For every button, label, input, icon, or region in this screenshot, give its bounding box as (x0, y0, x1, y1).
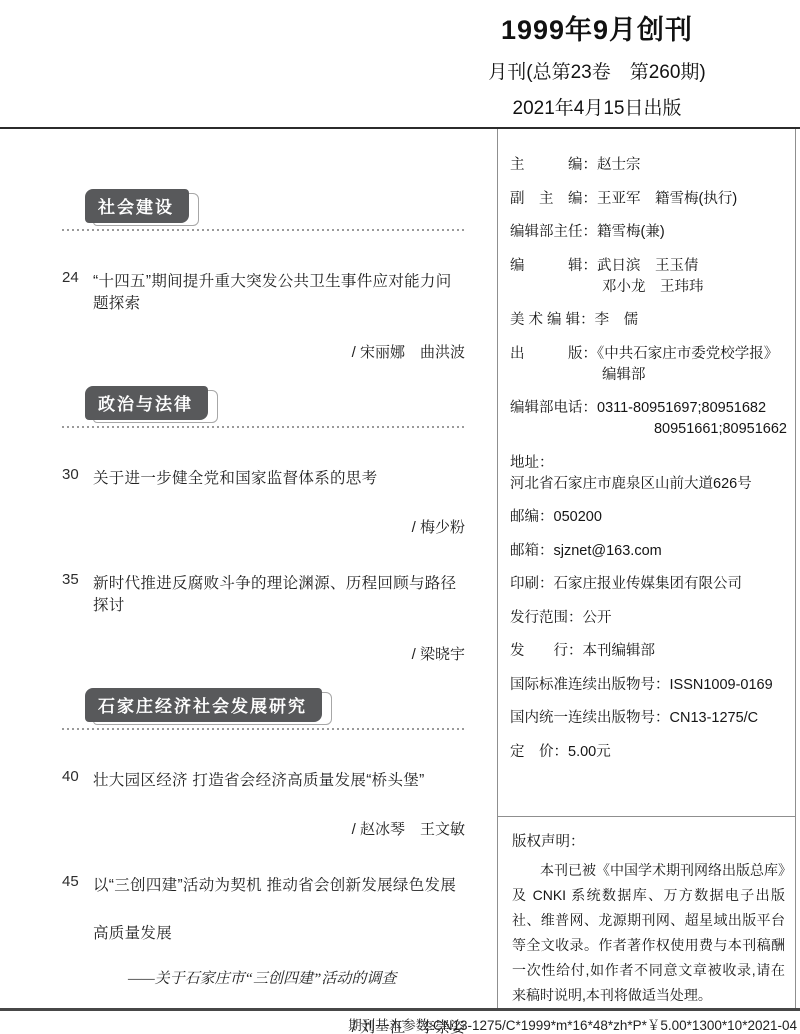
masthead-value: CN13-1275/C (670, 710, 759, 726)
masthead-row-postcode: 邮编：050200 (510, 507, 789, 528)
masthead-label: 编辑部主任： (510, 224, 597, 240)
masthead-row-editors: 编 辑：武日滨 王玉倩 邓小龙 王玮玮 (510, 256, 789, 298)
issue-info: 月刊(总第23卷 第260期) (422, 57, 772, 84)
masthead-row-phone: 编辑部电话：0311-80951697;80951682 80951661;80… (510, 398, 789, 440)
masthead-row-price: 定 价：5.00元 (510, 742, 789, 763)
bottom-divider (0, 1008, 800, 1011)
section-title-badge: 社会建设 (85, 189, 189, 223)
dotted-divider (62, 728, 465, 730)
masthead-column: 主 编：赵士宗 副 主 编：王亚军 籍雪梅(执行) 编辑部主任：籍雪梅(兼) 编… (497, 129, 796, 1008)
masthead-label: 印刷： (510, 576, 554, 592)
copyright-title: 版权声明： (512, 830, 785, 851)
article-authors: / 宋丽娜 曲洪波 (62, 341, 465, 362)
masthead-value-line2: 80951661;80951662 (510, 419, 789, 440)
masthead-value: sjznet@163.com (554, 543, 662, 559)
masthead-value: 050200 (554, 509, 602, 525)
article-title-continued: 高质量发展 (93, 921, 465, 943)
toc-section-shehuijianshe: 社会建设 24 “十四五”期间提升重大突发公共卫生事件应对能力问题探索 / 宋丽… (62, 189, 465, 362)
section-header: 社会建设 (85, 189, 189, 223)
masthead-value: 石家庄报业传媒集团有限公司 (554, 576, 743, 592)
masthead-label: 地址： (510, 455, 554, 471)
article-title: 壮大园区经济 打造省会经济高质量发展“桥头堡” (93, 768, 425, 790)
masthead-info: 主 编：赵士宗 副 主 编：王亚军 籍雪梅(执行) 编辑部主任：籍雪梅(兼) 编… (498, 129, 795, 816)
dotted-divider (62, 426, 465, 428)
masthead-label: 主 编： (510, 157, 597, 173)
article-subtitle: ——关于石家庄市“三创四建”活动的调查 (128, 967, 465, 988)
masthead-label: 邮编： (510, 509, 554, 525)
masthead-row-distribution-scope: 发行范围：公开 (510, 608, 789, 629)
section-header: 政治与法律 (85, 386, 208, 420)
masthead-label: 发 行： (510, 643, 583, 659)
masthead-value: 武日滨 王玉倩 (597, 258, 699, 274)
toc-column: 社会建设 24 “十四五”期间提升重大突发公共卫生事件应对能力问题探索 / 宋丽… (0, 129, 497, 1008)
masthead-value: 李 儒 (595, 312, 639, 328)
article-authors: / 梁晓宇 (62, 643, 465, 664)
masthead-value: 5.00元 (568, 744, 611, 760)
page-number: 30 (62, 466, 93, 488)
masthead-row-printer: 印刷：石家庄报业传媒集团有限公司 (510, 574, 789, 595)
section-title-badge: 石家庄经济社会发展研究 (85, 688, 322, 722)
masthead-value: 0311-80951697;80951682 (597, 400, 766, 416)
masthead-value-line2: 编辑部 (602, 365, 789, 386)
toc-entry: 45 以“三创四建”活动为契机 推动省会创新发展绿色发展 (62, 873, 465, 895)
masthead-value: 河北省石家庄市鹿泉区山前大道626号 (510, 476, 752, 492)
masthead-label: 发行范围： (510, 610, 583, 626)
masthead-row-distributor: 发 行：本刊编辑部 (510, 641, 789, 662)
masthead-value: 籍雪梅(兼) (597, 224, 665, 240)
article-title: 新时代推进反腐败斗争的理论渊源、历程回顾与路径探讨 (93, 571, 465, 615)
toc-entry: 35 新时代推进反腐败斗争的理论渊源、历程回顾与路径探讨 (62, 571, 465, 615)
masthead-label: 编 辑： (510, 258, 597, 274)
article-authors: / 梅少粉 (62, 516, 465, 537)
masthead-value: 赵士宗 (597, 157, 641, 173)
toc-section-zhengzhiyufalv: 政治与法律 30 关于进一步健全党和国家监督体系的思考 / 梅少粉 35 新时代… (62, 386, 465, 664)
journal-header: 1999年9月创刊 月刊(总第23卷 第260期) 2021年4月15日出版 (422, 0, 772, 118)
article-authors: / 赵冰琴 王文敏 (62, 818, 465, 839)
masthead-row-editorial-director: 编辑部主任：籍雪梅(兼) (510, 222, 789, 243)
section-title-badge: 政治与法律 (85, 386, 208, 420)
copyright-notice: 版权声明： 本刊已被《中国学术期刊网络出版总库》及 CNKI 系统数据库、万方数… (498, 816, 795, 1008)
masthead-row-issn: 国际标准连续出版物号：ISSN1009-0169 (510, 675, 789, 696)
copyright-body: 本刊已被《中国学术期刊网络出版总库》及 CNKI 系统数据库、万方数据电子出版社… (512, 858, 785, 1008)
page-number: 40 (62, 768, 93, 790)
masthead-label: 编辑部电话： (510, 400, 597, 416)
article-title: 关于进一步健全党和国家监督体系的思考 (93, 466, 377, 488)
masthead-value: 公开 (583, 610, 612, 626)
page-number: 45 (62, 873, 93, 895)
content-area: 社会建设 24 “十四五”期间提升重大突发公共卫生事件应对能力问题探索 / 宋丽… (0, 129, 800, 1008)
article-title: “十四五”期间提升重大突发公共卫生事件应对能力问题探索 (93, 269, 465, 313)
masthead-row-address: 地址：河北省石家庄市鹿泉区山前大道626号 (510, 453, 789, 495)
masthead-value: 王亚军 籍雪梅(执行) (597, 191, 737, 207)
toc-entry: 30 关于进一步健全党和国家监督体系的思考 (62, 466, 465, 488)
journal-basic-params: 期刊基本参数:CN13-1275/C*1999*m*16*48*zh*P*￥5.… (0, 1014, 797, 1034)
page-number: 35 (62, 571, 93, 615)
toc-entry: 40 壮大园区经济 打造省会经济高质量发展“桥头堡” (62, 768, 465, 790)
masthead-label: 美 术 编 辑： (510, 312, 595, 328)
masthead-row-publisher: 出 版：《中共石家庄市委党校学报》 编辑部 (510, 344, 789, 386)
masthead-label: 邮箱： (510, 543, 554, 559)
journal-toc-page: 1999年9月创刊 月刊(总第23卷 第260期) 2021年4月15日出版 社… (0, 0, 800, 1034)
article-title: 以“三创四建”活动为契机 推动省会创新发展绿色发展 (93, 873, 456, 895)
masthead-label: 定 价： (510, 744, 568, 760)
section-header: 石家庄经济社会发展研究 (85, 688, 322, 722)
founded-date: 1999年9月创刊 (422, 8, 772, 47)
masthead-row-email: 邮箱：sjznet@163.com (510, 541, 789, 562)
masthead-row-art-editor: 美 术 编 辑：李 儒 (510, 310, 789, 331)
masthead-label: 国际标准连续出版物号： (510, 677, 670, 693)
masthead-value-line2: 邓小龙 王玮玮 (602, 277, 789, 298)
page-number: 24 (62, 269, 93, 313)
toc-section-shijiazhuang-research: 石家庄经济社会发展研究 40 壮大园区经济 打造省会经济高质量发展“桥头堡” /… (62, 688, 465, 1034)
masthead-label: 出 版： (510, 346, 597, 362)
toc-entry: 24 “十四五”期间提升重大突发公共卫生事件应对能力问题探索 (62, 269, 465, 313)
masthead-label: 副 主 编： (510, 191, 597, 207)
masthead-row-chief-editor: 主 编：赵士宗 (510, 155, 789, 176)
dotted-divider (62, 229, 465, 231)
masthead-row-cn-number: 国内统一连续出版物号：CN13-1275/C (510, 708, 789, 729)
masthead-label: 国内统一连续出版物号： (510, 710, 670, 726)
publish-date: 2021年4月15日出版 (422, 93, 772, 120)
masthead-value: 《中共石家庄市委党校学报》 (597, 346, 778, 362)
masthead-value: ISSN1009-0169 (670, 677, 773, 693)
masthead-row-deputy-editor: 副 主 编：王亚军 籍雪梅(执行) (510, 189, 789, 210)
masthead-value: 本刊编辑部 (583, 643, 656, 659)
